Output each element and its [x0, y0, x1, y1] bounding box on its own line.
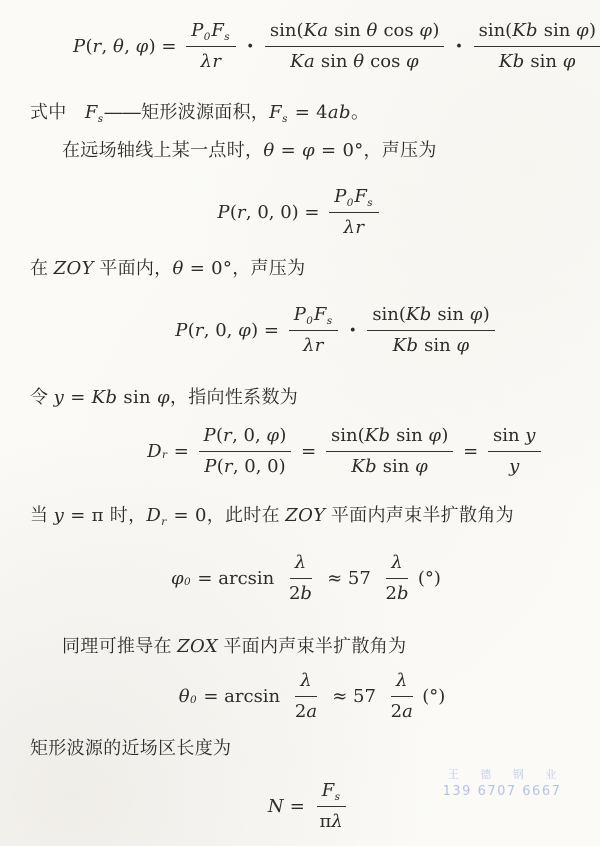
- text-cjk: 矩形波源的近场区长度为: [30, 738, 231, 758]
- math-roman: ) =: [149, 36, 183, 57]
- fraction-denominator: πλ: [315, 807, 349, 835]
- para-zox-plane: 同理可推导在 ZOX 平面内声束半扩散角为: [30, 634, 584, 659]
- text-cjk: ，此时在: [207, 505, 286, 525]
- math-roman: , 0,: [204, 320, 238, 341]
- math-italic: P: [204, 425, 217, 446]
- math-italic: ZOY: [285, 505, 325, 526]
- fraction-numerator: P(r, 0, φ): [199, 423, 292, 452]
- fraction-denominator: λr: [298, 331, 329, 359]
- math-italic: φ: [136, 36, 149, 57]
- math-italic: λ: [396, 670, 408, 691]
- math-italic: P: [175, 320, 188, 341]
- math-roman: = 0°: [315, 140, 363, 161]
- para-nearfield-length: 矩形波源的近场区长度为: [30, 736, 584, 761]
- text-cjk: ，声压为: [232, 258, 305, 278]
- math-italic: r: [195, 320, 204, 341]
- math-subscript: s: [335, 791, 340, 803]
- fraction-denominator: λr: [339, 213, 370, 241]
- text-cjk: 令: [30, 387, 54, 407]
- math-italic: ZOX: [177, 636, 218, 657]
- math-roman: sin: [432, 304, 470, 325]
- fraction: sin(Kb sin φ)Kb sin φ: [474, 18, 600, 74]
- math-italic: r: [237, 202, 246, 223]
- math-italic: φ: [171, 568, 184, 589]
- formula-main-pressure: P(r, θ, φ) = P0Fsλr·sin(Ka sin θ cos φ)K…: [0, 18, 600, 74]
- math-italic: D: [146, 505, 161, 526]
- fraction-denominator: 2b: [284, 579, 317, 607]
- math-italic: λ: [331, 811, 343, 832]
- math-roman: ): [432, 20, 439, 41]
- math-roman: (: [217, 456, 224, 477]
- math-italic: F: [211, 20, 224, 41]
- fraction-numerator: P0Fs: [329, 184, 378, 213]
- math-italic: θ: [179, 686, 190, 707]
- fraction-denominator: 2b: [381, 579, 414, 607]
- math-roman: , 0,: [232, 425, 266, 446]
- fraction-numerator: λ: [290, 550, 312, 579]
- fraction: λ2b: [381, 550, 414, 606]
- math-roman: (°): [422, 686, 445, 707]
- math-roman: (°): [418, 568, 441, 589]
- text-cjk: 在远场轴线上某一点时，: [62, 140, 263, 160]
- math-subscript: s: [98, 113, 104, 125]
- math-italic: θ: [113, 36, 124, 57]
- math-italic: ZOY: [54, 258, 94, 279]
- math-roman: = π: [64, 505, 110, 526]
- math-roman: ): [589, 20, 596, 41]
- fraction: sin(Kb sin φ)Kb sin φ: [367, 302, 494, 358]
- fraction-denominator: 2a: [386, 697, 419, 725]
- math-roman: =: [168, 441, 195, 462]
- text-cjk: ，声压为: [364, 140, 437, 160]
- middle-dot-icon: ·: [455, 34, 462, 58]
- math-roman: 2: [386, 583, 397, 604]
- math-roman: sin: [525, 51, 563, 72]
- math-roman: sin: [390, 425, 428, 446]
- fraction: P0Fsλr: [329, 184, 378, 240]
- math-roman: sin(: [331, 425, 365, 446]
- formula-directivity-coefficient: Dr = P(r, 0, φ)P(r, 0, 0) = sin(Kb sin φ…: [0, 423, 600, 479]
- fraction-denominator: 2a: [290, 697, 323, 725]
- math-roman: sin: [493, 425, 525, 446]
- math-italic: φ: [470, 304, 483, 325]
- math-italic: φ: [563, 51, 576, 72]
- math-italic: a: [402, 701, 413, 722]
- math-roman: =: [284, 796, 311, 817]
- fraction-numerator: sin(Kb sin φ): [474, 18, 600, 47]
- math-roman: ): [483, 304, 490, 325]
- fraction-numerator: λ: [295, 668, 317, 697]
- math-roman: sin(: [479, 20, 513, 41]
- middle-dot-icon: ·: [247, 34, 254, 58]
- math-italic: P: [191, 20, 204, 41]
- fraction: Fsπλ: [315, 778, 349, 834]
- math-italic: Kb: [393, 335, 419, 356]
- watermark: 王 德 钢 业 139 6707 6667: [436, 766, 568, 799]
- math-roman: , 0, 0) =: [246, 202, 325, 223]
- math-italic: λ: [295, 552, 307, 573]
- math-italic: φ: [576, 20, 589, 41]
- math-italic: P: [73, 36, 86, 57]
- math-roman: ≈ 57: [321, 568, 376, 589]
- para-farfield-axis: 在远场轴线上某一点时，θ = φ = 0°，声压为: [30, 138, 584, 163]
- math-subscript: s: [282, 113, 288, 125]
- middle-dot-icon: ·: [349, 318, 356, 342]
- math-roman: ): [279, 425, 286, 446]
- math-italic: θ: [353, 51, 364, 72]
- math-subscript: 0: [306, 315, 313, 327]
- math-roman: ) =: [251, 320, 285, 341]
- math-roman: sin(: [270, 20, 304, 41]
- math-italic: φ: [415, 456, 428, 477]
- fraction-numerator: sin(Kb sin φ): [326, 423, 453, 452]
- math-subscript: r: [161, 516, 166, 528]
- math-italic: φ: [157, 387, 170, 408]
- math-roman: (: [85, 36, 92, 57]
- formula-zoy-pressure: P(r, 0, φ) = P0Fsλr·sin(Kb sin φ)Kb sin …: [0, 302, 600, 358]
- text-cjk: 。: [351, 102, 369, 122]
- math-italic: b: [397, 583, 409, 604]
- math-italic: φ: [456, 335, 469, 356]
- fraction: λ2a: [386, 668, 419, 724]
- fraction: sin yy: [488, 423, 541, 479]
- fraction-numerator: P0Fs: [289, 302, 338, 331]
- para-let-y: 令 y = Kb sin φ，指向性系数为: [30, 385, 584, 410]
- math-roman: sin(: [372, 304, 406, 325]
- text-cjk: 平面内声束半扩散角为: [326, 505, 514, 525]
- math-italic: P: [334, 186, 347, 207]
- text-cjk: 平面内，: [94, 258, 173, 278]
- math-italic: D: [147, 441, 162, 462]
- math-subscript: s: [224, 31, 229, 43]
- math-roman: sin: [418, 335, 456, 356]
- math-italic: F: [85, 102, 98, 123]
- math-roman: sin: [377, 456, 415, 477]
- math-roman: 2: [295, 701, 306, 722]
- math-italic: φ: [419, 20, 432, 41]
- math-italic: φ: [428, 425, 441, 446]
- math-italic: Ka: [290, 51, 315, 72]
- math-roman: cos: [364, 51, 406, 72]
- fraction-numerator: Fs: [317, 778, 346, 807]
- math-italic: Kb: [512, 20, 538, 41]
- math-italic: a: [306, 701, 317, 722]
- para-zoy-plane: 在 ZOY 平面内，θ = 0°，声压为: [30, 256, 584, 281]
- math-subscript: 0: [347, 197, 354, 209]
- fraction-numerator: P0Fs: [186, 18, 235, 47]
- math-italic: P: [294, 304, 307, 325]
- math-italic: F: [314, 304, 327, 325]
- math-italic: ab: [328, 102, 351, 123]
- fraction: P(r, 0, φ)P(r, 0, 0): [199, 423, 292, 479]
- fraction: P0Fsλr: [289, 302, 338, 358]
- fraction: λ2b: [284, 550, 317, 606]
- math-italic: F: [354, 186, 367, 207]
- math-italic: Kb: [92, 387, 118, 408]
- math-italic: Kb: [365, 425, 391, 446]
- math-roman: ,: [102, 36, 113, 57]
- fraction-numerator: sin(Ka sin θ cos φ): [265, 18, 445, 47]
- math-subscript: 0: [184, 576, 191, 588]
- math-roman: (: [188, 320, 195, 341]
- math-roman: (: [216, 425, 223, 446]
- math-italic: Kb: [351, 456, 377, 477]
- math-italic: Ka: [303, 20, 328, 41]
- fraction-denominator: λr: [196, 47, 227, 75]
- math-italic: θ: [366, 20, 377, 41]
- para-fs-definition: 式中 Fs——矩形波源面积，Fs = 4ab。: [30, 100, 584, 125]
- math-italic: λ: [391, 552, 403, 573]
- math-roman: =: [457, 441, 484, 462]
- fraction-denominator: Kb sin φ: [494, 47, 581, 75]
- math-italic: Kb: [406, 304, 432, 325]
- math-italic: y: [54, 505, 65, 526]
- math-italic: N: [268, 796, 284, 817]
- math-italic: y: [509, 456, 520, 477]
- math-subscript: 0: [190, 694, 197, 706]
- math-subscript: 0: [204, 31, 211, 43]
- fraction-denominator: y: [504, 452, 525, 480]
- scanned-textbook-page: P(r, θ, φ) = P0Fsλr·sin(Ka sin θ cos φ)K…: [0, 0, 600, 846]
- math-italic: λr: [201, 51, 222, 72]
- math-italic: λr: [303, 335, 324, 356]
- text-cjk: 时，: [110, 505, 147, 525]
- fraction: sin(Kb sin φ)Kb sin φ: [326, 423, 453, 479]
- math-roman: = 4: [289, 102, 328, 123]
- math-roman: 2: [391, 701, 402, 722]
- text-cjk: 当: [30, 505, 54, 525]
- formula-theta0-half-spread-angle: θ0 = arcsin λ2a ≈ 57 λ2a(°): [0, 668, 600, 724]
- fraction-denominator: Ka sin θ cos φ: [285, 47, 424, 75]
- math-italic: θ: [263, 140, 274, 161]
- text-cjk: 式中: [30, 102, 85, 122]
- math-roman: sin: [538, 20, 576, 41]
- math-subscript: s: [327, 315, 332, 327]
- fraction-numerator: λ: [391, 668, 413, 697]
- formula-phi0-half-spread-angle: φ0 = arcsin λ2b ≈ 57 λ2b(°): [0, 550, 600, 606]
- math-subscript: r: [162, 449, 167, 461]
- math-roman: sin: [315, 51, 353, 72]
- math-roman: cos: [378, 20, 420, 41]
- math-roman: (: [230, 202, 237, 223]
- math-italic: F: [322, 780, 335, 801]
- math-roman: π: [320, 811, 332, 832]
- formula-axial-pressure: P(r, 0, 0) = P0Fsλr: [0, 184, 600, 240]
- math-roman: ≈ 57: [326, 686, 381, 707]
- text-cjk: 平面内声束半扩散角为: [218, 636, 406, 656]
- math-roman: =: [64, 387, 91, 408]
- math-italic: y: [525, 425, 536, 446]
- math-roman: ,: [124, 36, 135, 57]
- math-roman: ): [441, 425, 448, 446]
- math-roman: =: [275, 140, 302, 161]
- math-roman: sin: [117, 387, 157, 408]
- math-roman: , 0, 0): [233, 456, 286, 477]
- math-italic: φ: [266, 425, 279, 446]
- math-italic: r: [223, 425, 232, 446]
- math-roman: = arcsin: [192, 568, 280, 589]
- para-y-equals-pi: 当 y = π 时，Dr = 0，此时在 ZOY 平面内声束半扩散角为: [30, 503, 584, 528]
- math-italic: Kb: [499, 51, 525, 72]
- math-italic: F: [269, 102, 282, 123]
- fraction-numerator: λ: [386, 550, 408, 579]
- text-cjk: 在: [30, 258, 54, 278]
- fraction: sin(Ka sin θ cos φ)Ka sin θ cos φ: [265, 18, 445, 74]
- math-italic: y: [54, 387, 65, 408]
- math-italic: θ: [172, 258, 183, 279]
- math-roman: =: [295, 441, 322, 462]
- fraction-denominator: Kb sin φ: [388, 331, 475, 359]
- math-italic: P: [204, 456, 217, 477]
- math-roman: = 0°: [184, 258, 232, 279]
- math-roman: 2: [289, 583, 300, 604]
- math-roman: = 0: [168, 505, 207, 526]
- math-italic: φ: [238, 320, 251, 341]
- math-roman: = arcsin: [198, 686, 286, 707]
- math-italic: b: [300, 583, 312, 604]
- text-cjk: 同理可推导在: [62, 636, 177, 656]
- fraction-denominator: Kb sin φ: [346, 452, 433, 480]
- math-italic: φ: [406, 51, 419, 72]
- fraction: λ2a: [290, 668, 323, 724]
- text-cjk: ，指向性系数为: [170, 387, 298, 407]
- math-italic: λr: [344, 217, 365, 238]
- watermark-phone-number: 139 6707 6667: [436, 784, 568, 799]
- watermark-company-name: 王 德 钢 业: [436, 766, 568, 782]
- fraction-numerator: sin y: [488, 423, 541, 452]
- math-italic: λ: [300, 670, 312, 691]
- math-italic: r: [92, 36, 101, 57]
- fraction: P0Fsλr: [186, 18, 235, 74]
- text-cjk: ——矩形波源面积，: [104, 102, 269, 122]
- math-italic: P: [217, 202, 230, 223]
- fraction-denominator: P(r, 0, 0): [199, 452, 290, 480]
- math-roman: sin: [328, 20, 366, 41]
- fraction-numerator: sin(Kb sin φ): [367, 302, 494, 331]
- math-subscript: s: [367, 197, 372, 209]
- math-italic: r: [224, 456, 233, 477]
- math-italic: φ: [302, 140, 315, 161]
